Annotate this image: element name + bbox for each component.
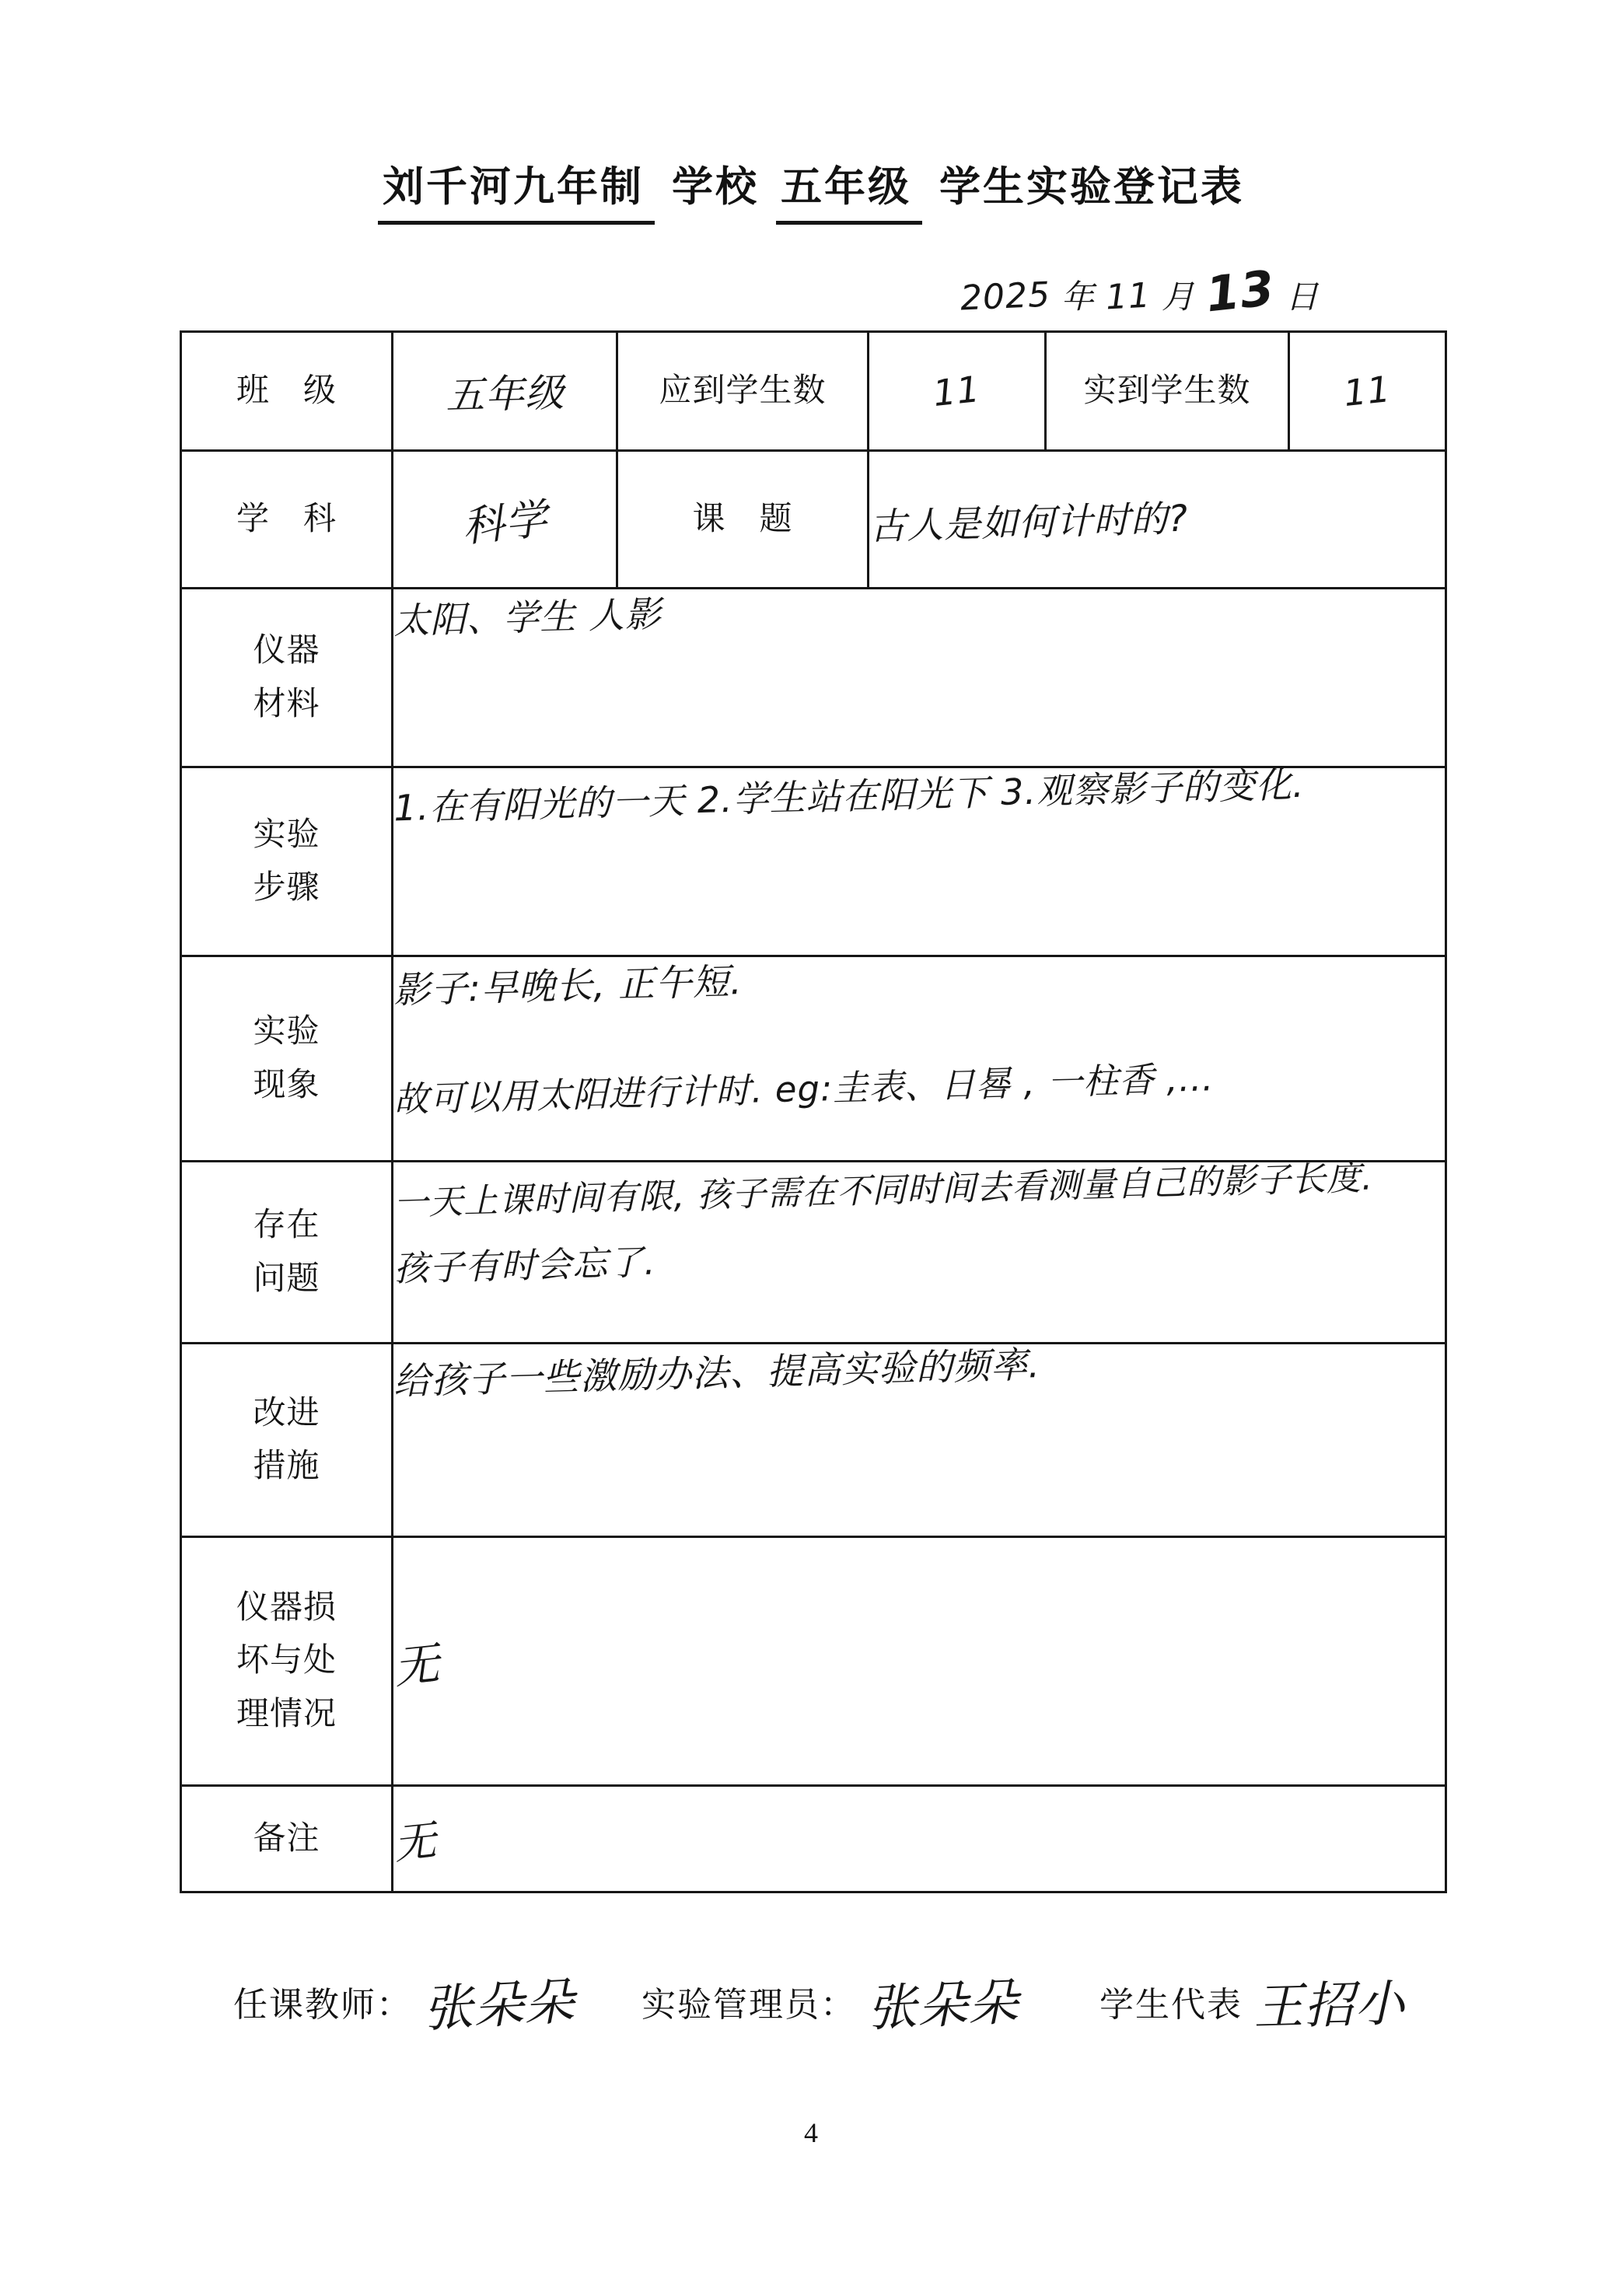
phenomena-line1: 影子:早晚长, 正午短. <box>393 956 743 1014</box>
actual-students-label: 实到学生数 <box>1047 365 1288 418</box>
student-representative-label: 学生代表 <box>1099 1976 1243 2026</box>
improvements-value: 给孩子一些激励办法、提高实验的频率. <box>393 1344 1040 1405</box>
class-value: 五年级 <box>445 362 565 421</box>
form-name: 学生实验登记表 <box>939 154 1244 213</box>
phenomena-line2: 故可以用太阳进行计时. eg:圭表、日晷 , 一柱香 ,… <box>393 1050 1215 1122</box>
date-month-value: 11 <box>1105 276 1152 318</box>
date-year-label: 年 <box>1061 278 1095 316</box>
table-row-problems: 存在 问题 一天上课时间有限, 孩子需在不同时间去看测量自己的影子长度. 孩子有… <box>181 1162 1446 1344</box>
page-number: 4 <box>0 2116 1622 2149</box>
class-label: 班 级 <box>182 365 391 418</box>
date-year-value: 2025 <box>960 274 1051 318</box>
table-row-class: 班 级 五年级 应到学生数 11 实到学生数 11 <box>181 332 1446 451</box>
table-row-subject: 学 科 科学 课 题 古人是如何计时的? <box>181 451 1446 589</box>
expected-students-value: 11 <box>932 368 983 414</box>
teacher-signature: 张朵朵 <box>421 1962 577 2041</box>
subject-label: 学 科 <box>182 493 391 546</box>
teacher-label: 任课教师： <box>233 1976 412 2026</box>
school-label: 学校 <box>672 154 759 213</box>
table-row-equipment: 仪器 材料 太阳、学生 人影 <box>181 589 1446 767</box>
remarks-value: 无 <box>393 1807 439 1871</box>
grade-underlined: 五年级 <box>776 154 922 225</box>
table-row-phenomena: 实验 现象 影子:早晚长, 正午短. 故可以用太阳进行计时. eg:圭表、日晷 … <box>181 956 1446 1162</box>
date-day-label: 日 <box>1285 278 1319 316</box>
equipment-label: 仪器 材料 <box>182 624 391 730</box>
signature-line: 任课教师： 张朵朵 实验管理员： 张朵朵 学生代表 王招小 <box>233 1966 1405 2037</box>
experiment-registration-table: 班 级 五年级 应到学生数 11 实到学生数 11 学 科 科学 课 题 古人是… <box>180 330 1447 1893</box>
damage-value: 无 <box>393 1627 443 1697</box>
topic-value: 古人是如何计时的? <box>869 489 1189 550</box>
steps-label: 实验 步骤 <box>182 809 391 914</box>
subject-value: 科学 <box>459 485 550 554</box>
date-month-label: 月 <box>1162 278 1195 316</box>
table-row-remarks: 备注 无 <box>181 1786 1446 1892</box>
table-row-damage: 仪器损 坏与处 理情况 无 <box>181 1537 1446 1786</box>
problems-line2: 孩子有时会忘了. <box>393 1234 656 1291</box>
manager-label: 实验管理员： <box>641 1976 856 2026</box>
date-line: 2025年11月13日 <box>960 263 1330 320</box>
steps-value: 1.在有阳光的一天 2.学生站在阳光下 3.观察影子的变化. <box>393 767 1305 832</box>
expected-students-label: 应到学生数 <box>618 365 867 418</box>
improvements-label: 改进 措施 <box>182 1387 391 1493</box>
actual-students-value: 11 <box>1342 368 1393 414</box>
problems-line1: 一天上课时间有限, 孩子需在不同时间去看测量自己的影子长度. <box>393 1162 1373 1225</box>
problems-label: 存在 问题 <box>182 1199 391 1305</box>
equipment-value: 太阳、学生 人影 <box>393 589 662 645</box>
form-title: 刘千河九年制学校五年级学生实验登记表 <box>0 154 1622 225</box>
school-name-underlined: 刘千河九年制 <box>378 154 655 225</box>
date-day-value: 13 <box>1203 260 1277 323</box>
phenomena-label: 实验 现象 <box>182 1005 391 1111</box>
table-row-improvements: 改进 措施 给孩子一些激励办法、提高实验的频率. <box>181 1344 1446 1537</box>
scanned-form-page: 刘千河九年制学校五年级学生实验登记表 2025年11月13日 班 级 五年级 应… <box>0 0 1622 2296</box>
topic-label: 课 题 <box>618 493 867 546</box>
remarks-label: 备注 <box>182 1812 391 1865</box>
manager-signature: 张朵朵 <box>865 1962 1020 2040</box>
table-row-steps: 实验 步骤 1.在有阳光的一天 2.学生站在阳光下 3.观察影子的变化. <box>181 767 1446 956</box>
student-representative-signature: 王招小 <box>1253 1963 1406 2039</box>
damage-label: 仪器损 坏与处 理情况 <box>182 1581 391 1740</box>
